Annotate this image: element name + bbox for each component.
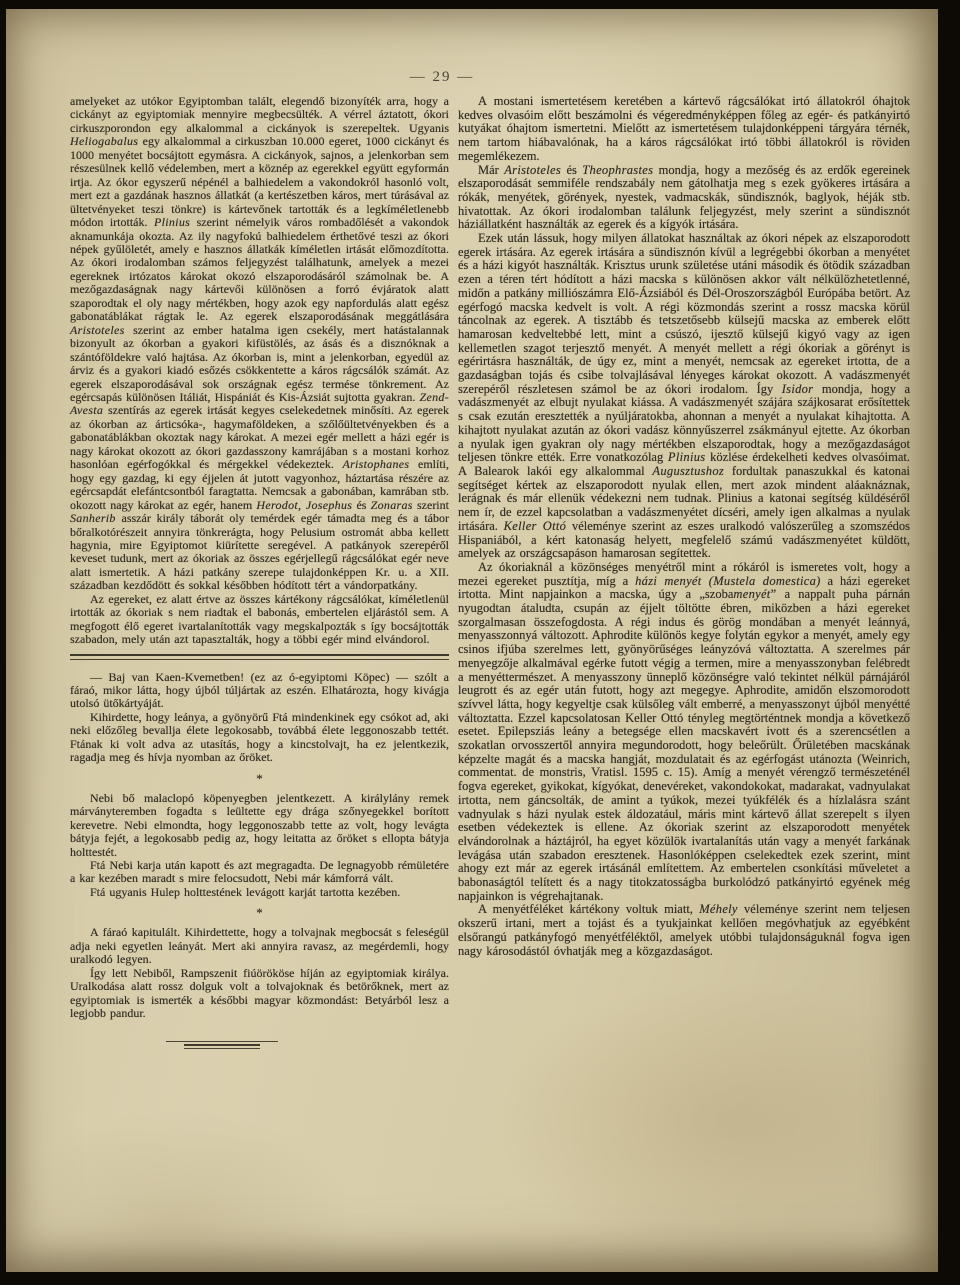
paragraph: Ftá Nebi karja után kapott és azt megrag…	[70, 859, 449, 886]
paragraph: Ftá ugyanis Hulep holttestének levágott …	[70, 886, 449, 899]
page-number: — 29 —	[0, 69, 908, 86]
paragraph: A menyétféléket kártékony voltuk miatt, …	[458, 903, 910, 958]
star-separator: *	[70, 772, 449, 785]
paragraph: Kihirdette, hogy leánya, a gyönyörű Ftá …	[70, 711, 449, 765]
paragraph: Már Aristoteles és Theophrastes mondja, …	[458, 164, 910, 233]
paragraph: amelyeket az utókor Egyiptomban talált, …	[70, 95, 449, 593]
paragraph: A mostani ismertetésem keretében a kárte…	[458, 95, 910, 164]
double-rule-separator	[70, 654, 449, 660]
paragraph: Ezek után lássuk, hogy milyen állatokat …	[458, 232, 910, 561]
end-flourish	[166, 1041, 278, 1050]
paragraph: Így lett Nebiből, Rampszenit fiúörököse …	[70, 967, 449, 1021]
star-separator: *	[70, 906, 449, 919]
right-column: A mostani ismertetésem keretében a kárte…	[458, 95, 910, 958]
paragraph: Az ókoriaknál a közönséges menyétről min…	[458, 561, 910, 904]
paragraph: — Baj van Kaen-Kvemetben! (ez az ó-egyip…	[70, 671, 449, 711]
left-column: amelyeket az utókor Egyiptomban talált, …	[70, 95, 449, 1050]
paragraph: A fáraó kapitulált. Kihirdettette, hogy …	[70, 926, 449, 966]
scanned-page: — 29 — amelyeket az utókor Egyiptomban t…	[6, 9, 938, 1272]
paragraph: Az egereket, ez alatt értve az összes ká…	[70, 593, 449, 647]
paragraph: Nebi bő malaclopó köpenyegben jelentkeze…	[70, 792, 449, 859]
